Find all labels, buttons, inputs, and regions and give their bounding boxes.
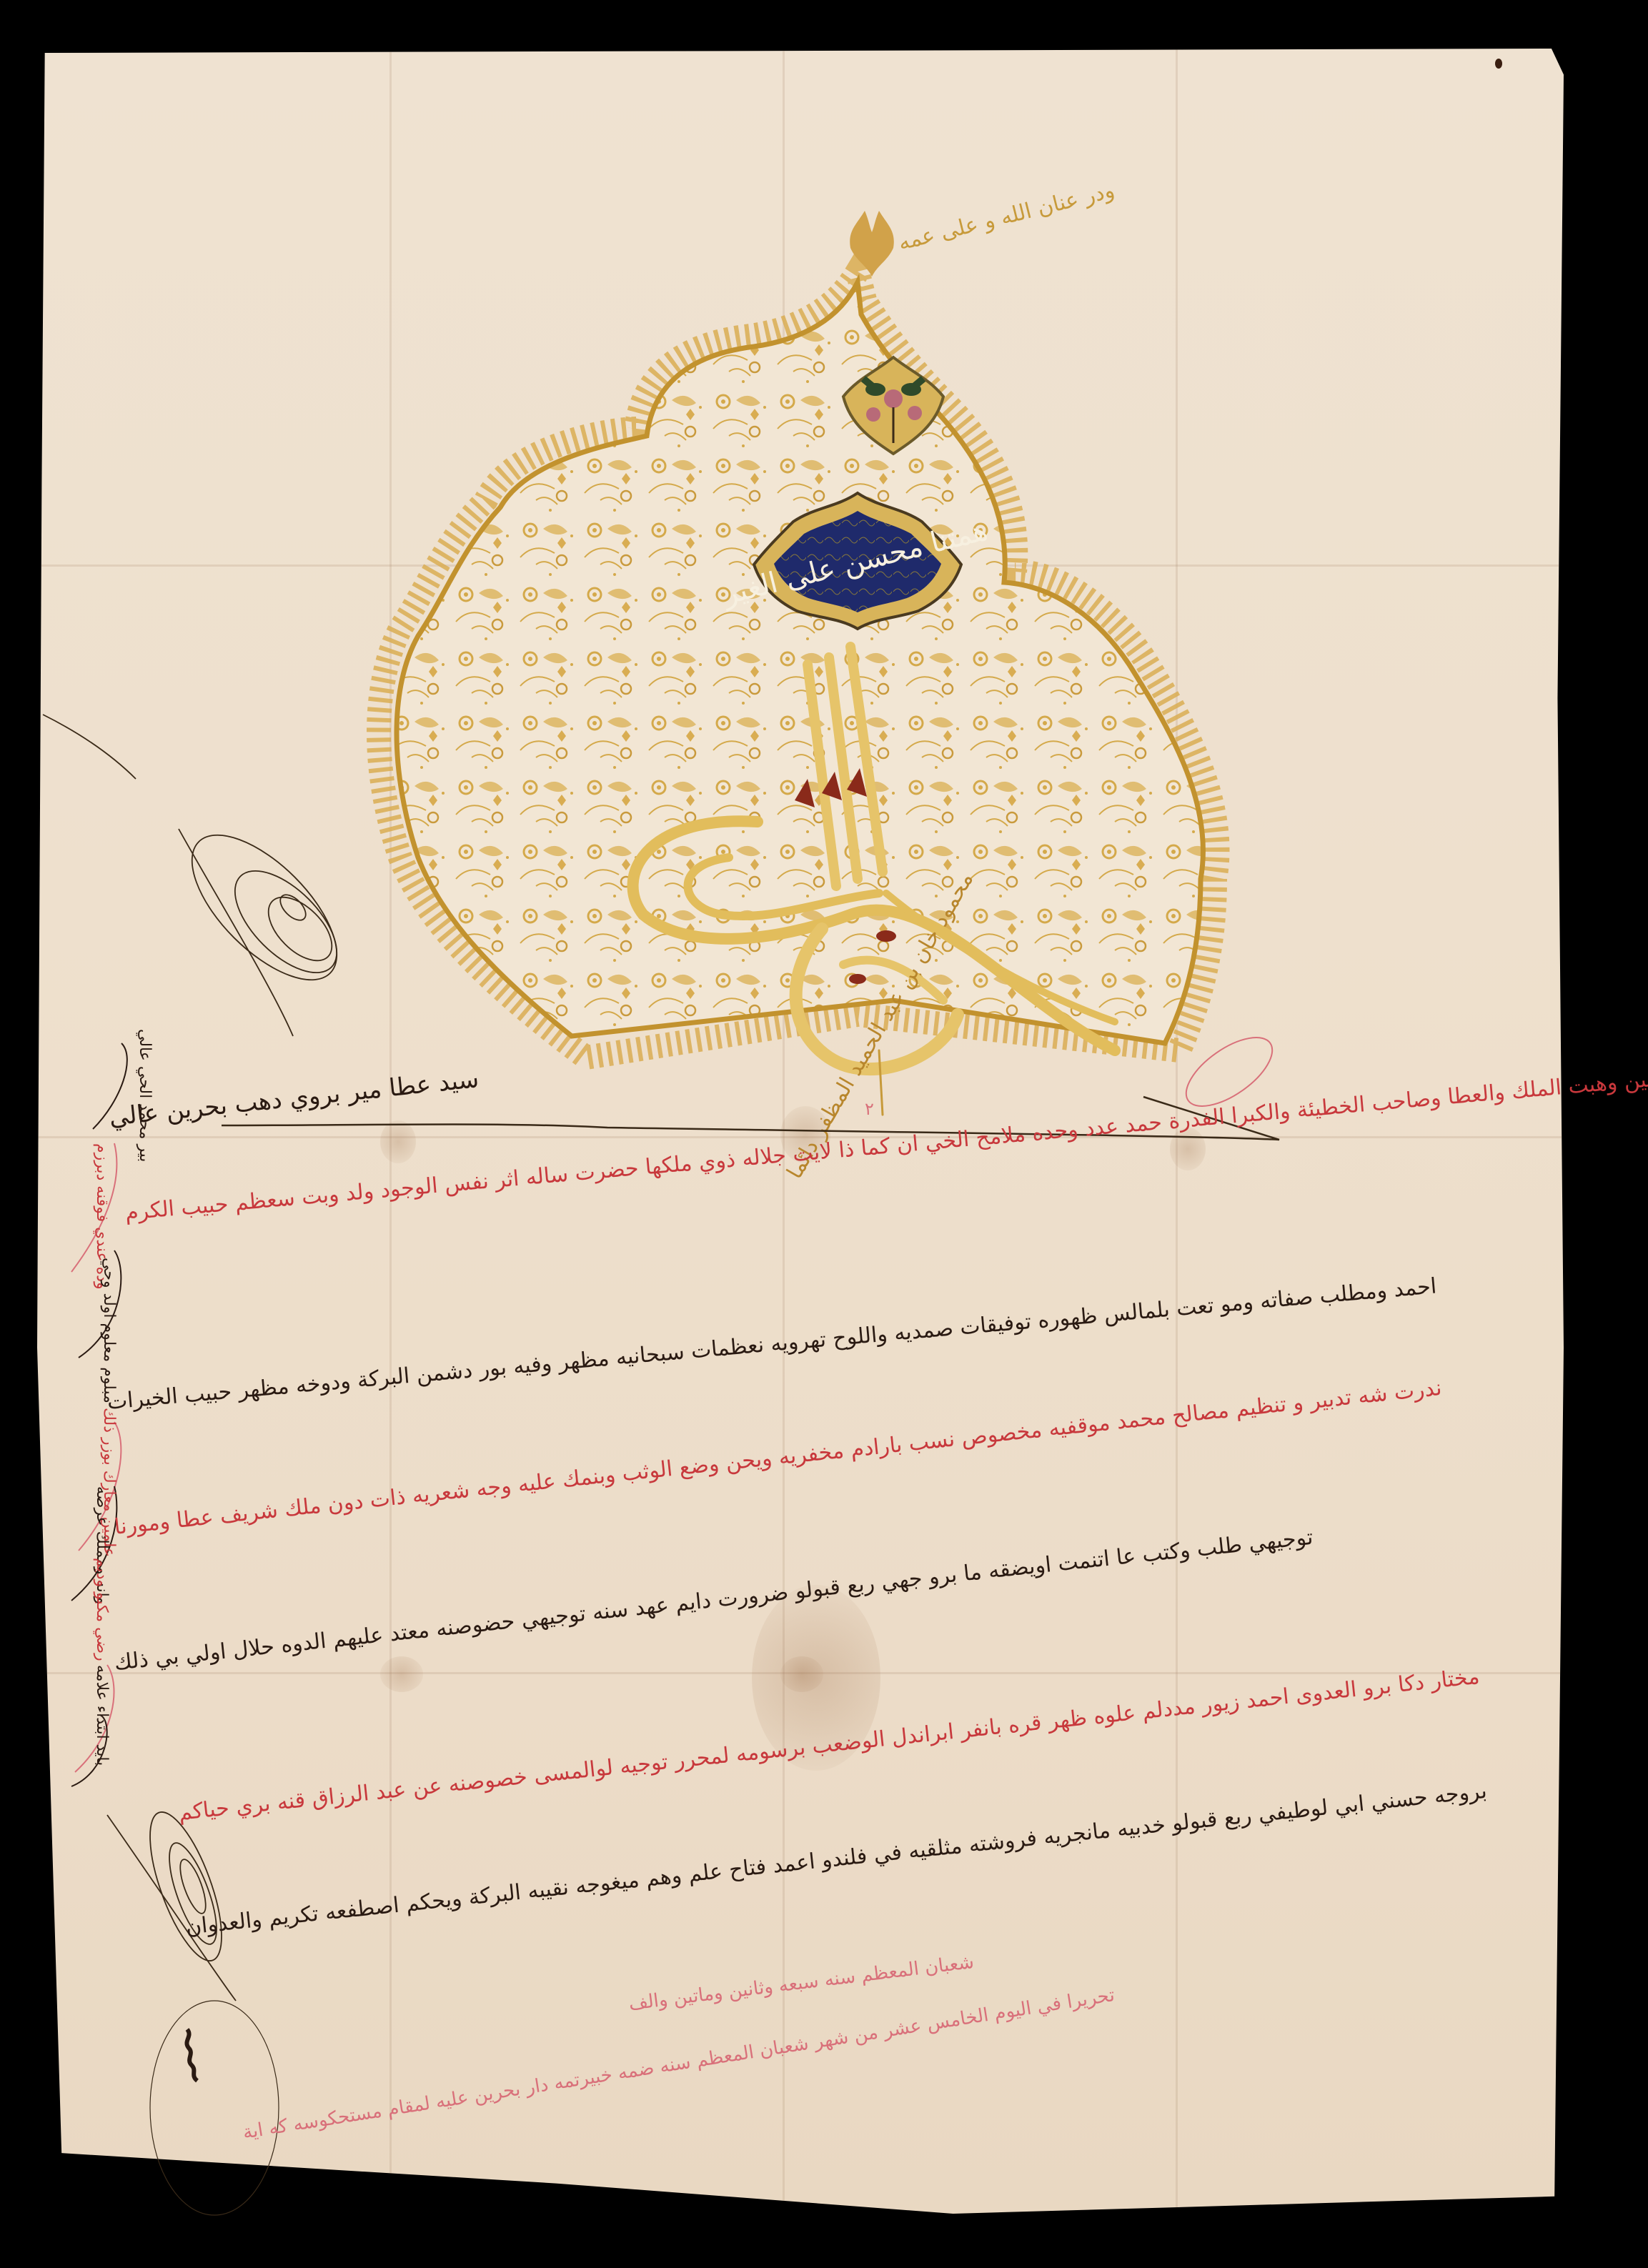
- document-paper: [37, 49, 1564, 2214]
- fold-stain: [780, 1656, 823, 1692]
- margin-note: بير محمد الحي عالي: [136, 1029, 154, 1162]
- fold-stain: [380, 1120, 416, 1163]
- margin-note: رضي مكبو وديم: [93, 1558, 111, 1661]
- margin-note: بايد ابتداء علامه: [93, 1665, 111, 1766]
- fold-stain: [1170, 1128, 1206, 1170]
- pinhole: [1495, 59, 1502, 69]
- margin-note: مبلوم معلوم اولد وحي: [100, 1258, 118, 1403]
- fold-line-horizontal: [37, 564, 1564, 567]
- fold-stain: [380, 1656, 423, 1692]
